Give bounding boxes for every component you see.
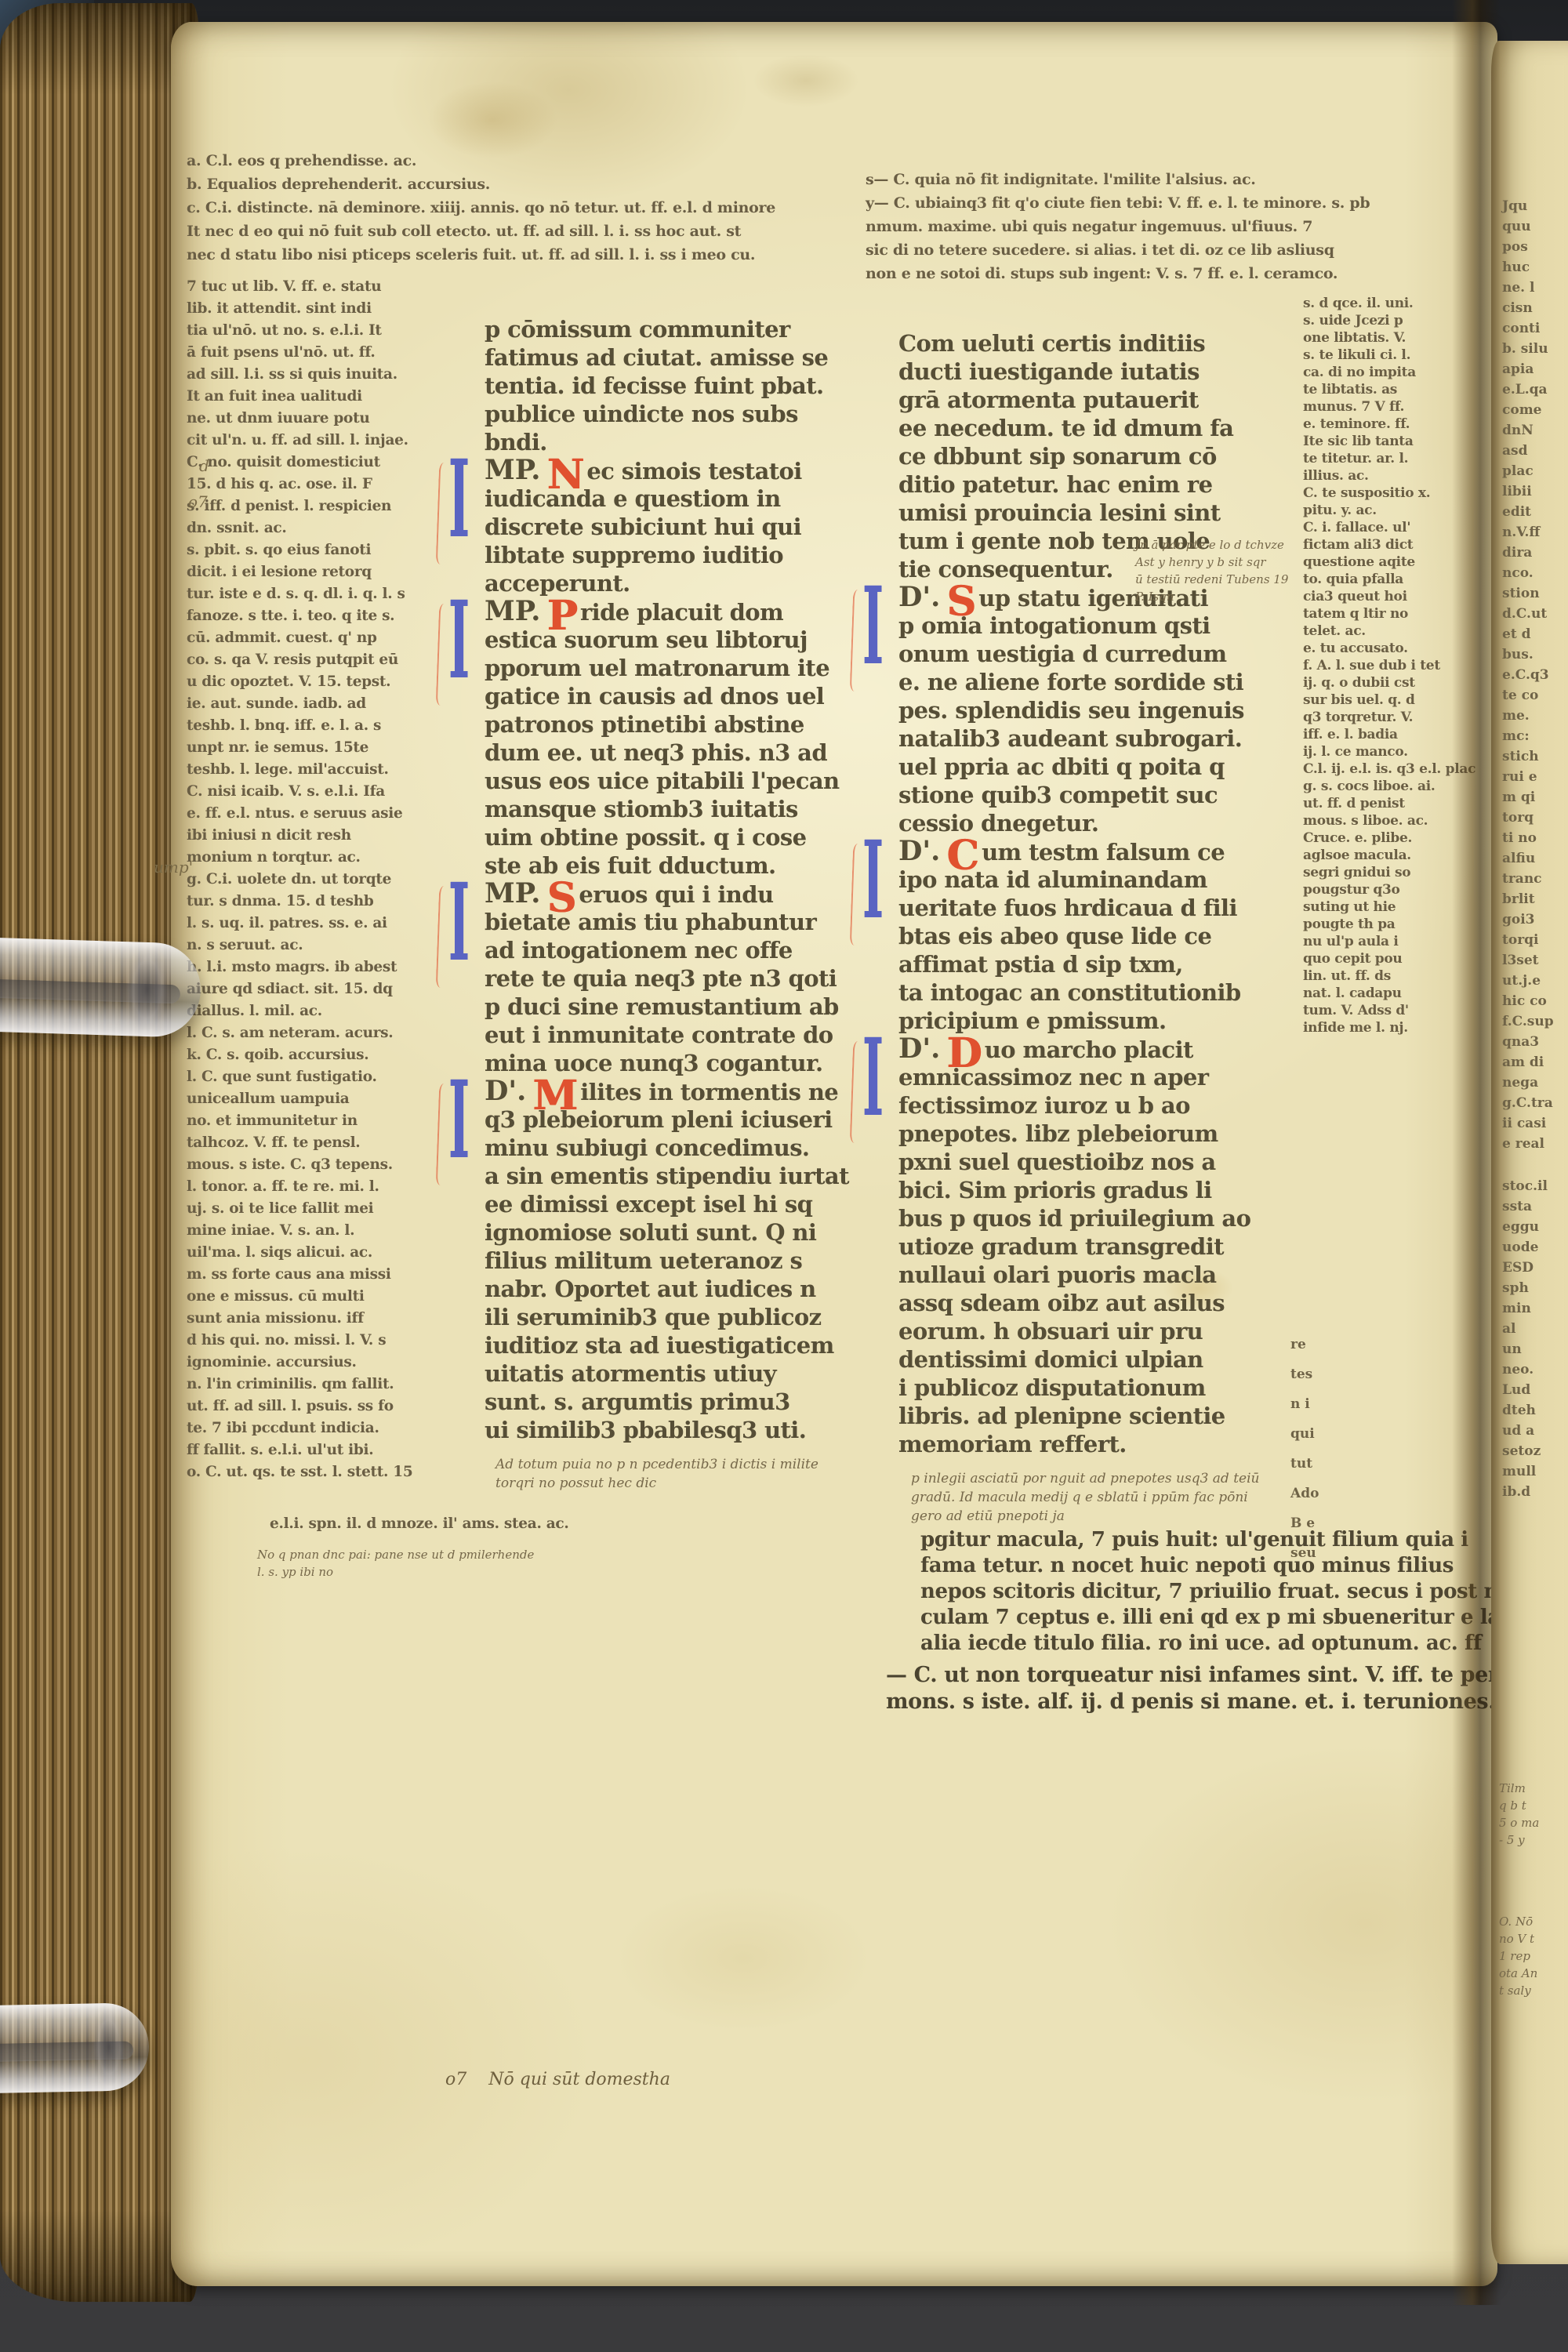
text-line: nec d statu libo nisi pticeps sceleris f…: [187, 243, 782, 267]
text-line: mine iniae. V. s. an. l.: [187, 1220, 478, 1242]
text-line: uode: [1502, 1237, 1568, 1258]
text-line: emnicassimoz nec n aper: [898, 1063, 1322, 1091]
text-line: pnepotes. libz plebeiorum: [898, 1120, 1322, 1148]
column1-cursive-note: Ad totum puia no p n pcedentib3 i dictis…: [495, 1455, 887, 1493]
text-line: pgitur macula, 7 puis huit: ul'genuit fi…: [920, 1527, 1516, 1553]
text-line: suting ut hie: [1303, 898, 1469, 916]
text-line: C.l. ij. e.l. is. q3 e.l. plac: [1303, 760, 1469, 778]
text-line: sunt. s. argumtis primu3: [485, 1388, 877, 1416]
column1-intro: p cōmissum communiterfatimus ad ciutat. …: [485, 315, 877, 456]
blue-initial: I: [862, 583, 884, 671]
text-line: teshb. l. bnq. iff. e. l. a. s: [187, 715, 478, 737]
text-line: nat. l. cadapu: [1303, 985, 1469, 1002]
text-line: mous. s iste. C. q3 tepens.: [187, 1154, 478, 1176]
text-line: publice uindicte nos subs: [485, 400, 877, 428]
text-line: s— C. quia nō fit indignitate. l'milite …: [866, 168, 1430, 191]
text-line: k. C. s. qoib. accursius.: [187, 1044, 478, 1066]
text-line: g. C.i. uolete dn. ut torqte: [187, 869, 478, 891]
text-line: ne. ut dnm iuuare potu: [187, 408, 478, 430]
paragraph-opener: MP.: [485, 454, 540, 486]
text-line: libtate suppremo iuditio: [485, 541, 877, 569]
text-line: ducti iuestigande iutatis: [898, 358, 1322, 386]
text-line: tia ul'nō. ut no. s. e.l.i. It: [187, 320, 478, 342]
text-line: dteh: [1502, 1400, 1568, 1421]
text-line: Ad totum puia no p n pcedentib3 i dictis…: [495, 1455, 887, 1474]
text-line: g.C.tra: [1502, 1093, 1568, 1113]
manuscript-page: a. C.l. eos q prehendisse. ac.b. Equalio…: [171, 22, 1497, 2286]
red-initial: S: [946, 590, 975, 614]
text-line: qui: [1290, 1419, 1353, 1449]
text-line: hic co: [1502, 991, 1568, 1011]
text-line: ee dimissi except isel hi sq: [485, 1190, 877, 1218]
text-line: o. C. ut. qs. te sst. l. stett. 15: [187, 1461, 478, 1483]
red-initial: S: [546, 887, 575, 910]
text-line: conti: [1502, 318, 1568, 339]
manuscript-paragraph: ID'.Milites in tormentis neq3 plebeiorum…: [485, 1077, 877, 1444]
text-line: dnN: [1502, 420, 1568, 441]
gutter-shadow: [1452, 0, 1501, 2305]
text-line: tum. V. Adss d': [1303, 1002, 1469, 1019]
text-line: MP.Pride placuit dom: [485, 597, 877, 626]
glass-rod-weight-top: [0, 938, 202, 1038]
text-line: dira: [1502, 543, 1568, 563]
text-line: te libtatis. as: [1303, 381, 1469, 398]
text-line: n i: [1290, 1389, 1353, 1419]
text-line: ā fuit psens ul'nō. ut. ff.: [187, 342, 478, 364]
text-line: edit: [1502, 502, 1568, 522]
text-line: affimat pstia d sip txm,: [898, 950, 1322, 978]
text-line: p inlegii asciatū por nguit ad pnepotes …: [911, 1469, 1350, 1488]
text-line: te. 7 ibi pccdunt indicia.: [187, 1417, 478, 1439]
blue-initial: I: [448, 597, 470, 685]
text-line: f.C.sup: [1502, 1011, 1568, 1032]
text-line: p cōmissum communiter: [485, 315, 877, 343]
text-line: ii casi: [1502, 1113, 1568, 1134]
text-line: q3 plebeiorum pleni iciuseri: [485, 1105, 877, 1134]
text-line: torqi: [1502, 930, 1568, 950]
text-line: bus p quos id priuilegium ao: [898, 1204, 1322, 1232]
text-line: acceperunt.: [485, 569, 877, 597]
text-line: Jqu: [1502, 196, 1568, 216]
text-line: s. iff. d penist. l. respicien: [187, 495, 478, 517]
text-line: C. te suspositio x.: [1303, 485, 1469, 502]
bottom-left-cursive: No q pnan dnc pai: pane nse ut d pmilerh…: [257, 1546, 618, 1581]
text-line: quo cepit pou: [1303, 950, 1469, 967]
text-line: nega: [1502, 1073, 1568, 1093]
text-line: s. te likuli ci. l.: [1303, 347, 1469, 364]
text-line: y— C. ubiainq3 fit q'o ciute fien tebi: …: [866, 191, 1430, 215]
text-line: nullaui olari puoris macla: [898, 1261, 1322, 1289]
text-line: e. ne aliene forte sordide sti: [898, 668, 1322, 696]
facing-page-cursive-upper: Tilmq b t5 o ma- 5 y: [1499, 1780, 1568, 1849]
text-line: ignomiose soluti sunt. Q ni: [485, 1218, 877, 1247]
text-line: i publicoz disputationum: [898, 1374, 1322, 1402]
text-line: tut: [1290, 1449, 1353, 1479]
text-line: setoz: [1502, 1441, 1568, 1461]
text-line: pxni suel questioibz nos a: [898, 1148, 1322, 1176]
text-line: minu subiugi concedimus.: [485, 1134, 877, 1162]
text-line: patronos ptinetibi abstine: [485, 710, 877, 739]
glass-rod-weight-bottom: [0, 2002, 150, 2093]
text-line: cia3 queut hoi: [1303, 588, 1469, 605]
text-line: t saly: [1499, 1982, 1568, 1999]
bottom-left-gloss-line: e.l.i. spn. il. d mnoze. il' ams. stea. …: [270, 1513, 646, 1535]
text-line: ne. l: [1502, 278, 1568, 298]
text-line: It nec d eo qui nō fuit sub coll etecto.…: [187, 220, 782, 243]
text-line: ce dbbunt sip sonarum cō: [898, 442, 1322, 470]
main-column-1: p cōmissum communiterfatimus ad ciutat. …: [485, 315, 877, 1444]
text-line: cit ul'n. u. ff. ad sill. l. injae.: [187, 430, 478, 452]
text-line: bus.: [1502, 644, 1568, 665]
right-gloss-lower-fragments: retesn iquitutAdoB eseu: [1290, 1330, 1353, 1568]
red-initial: D: [946, 1042, 982, 1065]
text-line: — C. ut non torqueatur nisi infames sint…: [886, 1662, 1513, 1689]
text-line: uim obtine possit. q i cose: [485, 823, 877, 851]
text-line: qna3: [1502, 1032, 1568, 1052]
manuscript-paragraph: IMP.Pride placuit domestica suorum seu l…: [485, 597, 877, 880]
facing-page-fragments-lower: stoc.ilsstaegguuodeESDsphminalunneo.Ludd…: [1502, 1176, 1568, 1502]
column2-cursive-note: p inlegii asciatū por nguit ad pnepotes …: [911, 1469, 1350, 1526]
text-line: 5 o ma: [1499, 1814, 1568, 1831]
text-line: mansque stiomb3 iuitatis: [485, 795, 877, 823]
text-line: ssta: [1502, 1196, 1568, 1217]
margin-mark-o7: o7: [188, 494, 208, 510]
text-line: fictam ali3 dict: [1303, 536, 1469, 554]
text-line: nco.: [1502, 563, 1568, 583]
text-line: cisn: [1502, 298, 1568, 318]
text-line: uj. s. oi te lice fallit mei: [187, 1198, 478, 1220]
text-line: libii: [1502, 481, 1568, 502]
text-line: seu: [1290, 1538, 1353, 1568]
text-line: eggu: [1502, 1217, 1568, 1237]
text-line: n.V.ff: [1502, 522, 1568, 543]
manuscript-paragraph: IMP.Nec simois testatoiiudicanda e quest…: [485, 456, 877, 597]
right-gloss-column: s. d qce. il. uni.s. uide Jcezi pone lib…: [1303, 295, 1469, 1036]
text-line: s. pbit. s. qo eius fanoti: [187, 539, 478, 561]
margin-mark-d: d: [199, 458, 209, 474]
text-line: ad sill. l.i. ss si quis inuita.: [187, 364, 478, 386]
bottom-margin-note: o7Nō qui sūt domestha: [445, 2070, 670, 2090]
text-line: illius. ac.: [1303, 467, 1469, 485]
text-line: s. d qce. il. uni.: [1303, 295, 1469, 312]
text-line: ta intogac an constitutionib: [898, 978, 1322, 1007]
text-line: usus eos uice pitabili l'pecan: [485, 767, 877, 795]
text-line: sur bis uel. q. d: [1303, 691, 1469, 709]
text-line: 1 rep: [1499, 1947, 1568, 1965]
text-line: n. l'in criminilis. qm fallit.: [187, 1374, 478, 1396]
text-line: c. C.i. distincte. nā deminore. xiiij. a…: [187, 196, 782, 220]
text-line: dicit. i ei lesione retorq: [187, 561, 478, 583]
text-line: torqri no possut hec dic: [495, 1474, 887, 1493]
text-line: ij. q. o dubii cst: [1303, 674, 1469, 691]
text-line: MP.Seruos qui i indu: [485, 880, 877, 908]
text-line: aiure qd sdiact. sit. 15. dq: [187, 978, 478, 1000]
text-line: goi3: [1502, 909, 1568, 930]
text-line: 15. d his q. ac. ose. il. F: [187, 474, 478, 495]
text-line: ditio patetur. hac enim re: [898, 470, 1322, 499]
text-line: O. Nō: [1499, 1913, 1568, 1930]
text-line: asd: [1502, 441, 1568, 461]
book-fore-edge: [0, 3, 199, 2302]
blue-initial: I: [448, 880, 470, 967]
red-initial: M: [532, 1084, 577, 1108]
manuscript-paragraph: ID'.Sup statu igenuitatip omia intogatio…: [898, 583, 1322, 837]
text-line: brlit: [1502, 889, 1568, 909]
text-line: torq: [1502, 808, 1568, 828]
text-line: alia iecde titulo filia. ro ini uce. ad …: [920, 1631, 1516, 1657]
text-line: un: [1502, 1339, 1568, 1359]
text-line: natalib3 audeant subrogari.: [898, 724, 1322, 753]
text-line: tentia. id fecisse fuint pbat.: [485, 372, 877, 400]
text-line: p omia intogationum qsti: [898, 612, 1322, 640]
text-line: filius militum ueteranoz s: [485, 1247, 877, 1275]
text-line: co. s. qa V. resis putqpit eū: [187, 649, 478, 671]
wide-bottom-paragraph: pgitur macula, 7 puis huit: ul'genuit fi…: [920, 1527, 1516, 1657]
text-line: q b t: [1499, 1797, 1568, 1814]
red-initial: N: [546, 463, 583, 487]
text-line: d.C.ut: [1502, 604, 1568, 624]
bottom-note-text: Nō qui sūt domestha: [488, 2070, 670, 2089]
text-line: Cruce. e. plibe.: [1303, 829, 1469, 847]
text-line: lin. ut. ff. ds: [1303, 967, 1469, 985]
text-line: teshb. l. lege. mil'accuist.: [187, 759, 478, 781]
text-line: uel ppria ac dbiti q poita q: [898, 753, 1322, 781]
text-line: gero ad etiū pnepoti ja: [911, 1507, 1350, 1526]
text-line: stich: [1502, 746, 1568, 767]
text-line: one e missus. cū multi: [187, 1286, 478, 1308]
manuscript-photo: a. C.l. eos q prehendisse. ac.b. Equalio…: [0, 0, 1568, 2352]
text-line: te co: [1502, 685, 1568, 706]
text-line: l. tonor. a. ff. te re. mi. l.: [187, 1176, 478, 1198]
text-line: Lud: [1502, 1380, 1568, 1400]
text-line: tur. iste e d. s. q. dl. i. q. l. s: [187, 583, 478, 605]
text-line: C. i. fallace. ul': [1303, 519, 1469, 536]
text-line: stion: [1502, 583, 1568, 604]
text-line: memoriam reffert.: [898, 1430, 1322, 1458]
text-line: dn. ssnit. ac.: [187, 517, 478, 539]
text-line: p duci sine remustantium ab: [485, 993, 877, 1021]
text-line: apia: [1502, 359, 1568, 379]
text-line: stione quib3 competit suc: [898, 781, 1322, 809]
top-left-gloss-block: a. C.l. eos q prehendisse. ac.b. Equalio…: [187, 149, 782, 267]
text-line: e.C.q3: [1502, 665, 1568, 685]
manuscript-paragraph: IMP.Seruos qui i indubietate amis tiu ph…: [485, 880, 877, 1077]
text-line: min: [1502, 1298, 1568, 1319]
text-line: gradū. Id macula medij q e sblatū i ppūm…: [911, 1488, 1350, 1507]
left-gloss-column: 7 tuc ut lib. V. ff. e. statulib. it att…: [187, 276, 478, 1483]
text-line: ste ab eis fuit dductum.: [485, 851, 877, 880]
text-line: ee necedum. te id dmum fa: [898, 414, 1322, 442]
red-initial: P: [546, 604, 577, 628]
text-line: e.l.i. spn. il. d mnoze. il' ams. stea. …: [270, 1513, 646, 1535]
bottom-note-marker: o7: [445, 2070, 466, 2089]
parchment-stain: [735, 45, 877, 116]
text-line: l. C. s. am neteram. acurs.: [187, 1022, 478, 1044]
text-line: nmum. maxime. ubi quis negatur ingemuus.…: [866, 215, 1430, 238]
text-line: stoc.il: [1502, 1176, 1568, 1196]
text-line: no V t: [1499, 1930, 1568, 1947]
text-line: plac: [1502, 461, 1568, 481]
text-line: g. s. cocs liboe. ai.: [1303, 778, 1469, 795]
text-line: assq sdeam oibz aut asilus: [898, 1289, 1322, 1317]
blue-initial: I: [448, 456, 470, 544]
facing-page-cursive-lower: O. Nōno V t1 repota Ant saly: [1499, 1913, 1568, 1999]
text-line: l3set: [1502, 950, 1568, 971]
text-line: f. A. l. sue dub i tet: [1303, 657, 1469, 674]
text-line: bici. Sim prioris gradus li: [898, 1176, 1322, 1204]
text-line: dum ee. ut neq3 phis. n3 ad: [485, 739, 877, 767]
text-line: iff. e. l. badia: [1303, 726, 1469, 743]
text-line: ib.d: [1502, 1482, 1568, 1502]
text-line: ueritate fuos hrdicaua d fili: [898, 894, 1322, 922]
text-line: te titetur. ar. l.: [1303, 450, 1469, 467]
text-line: non e ne sotoi di. stups sub ingent: V. …: [866, 262, 1430, 285]
text-line: no. et immunitetur in: [187, 1110, 478, 1132]
text-line: utioze gradum transgredit: [898, 1232, 1322, 1261]
text-line: bietate amis tiu phabuntur: [485, 908, 877, 936]
main-column-2: Com ueluti certis inditiisducti iuestiga…: [898, 329, 1322, 1458]
text-line: ie. aut. sunde. iadb. ad: [187, 693, 478, 715]
text-line: to. quia pfalla: [1303, 571, 1469, 588]
text-line: culam 7 ceptus e. illi eni qd ex p mi sb…: [920, 1605, 1516, 1631]
text-line: e. tu accusato.: [1303, 640, 1469, 657]
text-line: ij. l. ce manco.: [1303, 743, 1469, 760]
text-line: e. teminore. ff.: [1303, 416, 1469, 433]
text-line: iudicanda e questiom in: [485, 485, 877, 513]
text-line: uil'ma. l. siqs alicui. ac.: [187, 1242, 478, 1264]
text-line: C. no. quisit domesticiut: [187, 452, 478, 474]
blue-initial: I: [862, 1035, 884, 1123]
text-line: Com ueluti certis inditiis: [898, 329, 1322, 358]
text-line: Ado: [1290, 1479, 1353, 1508]
text-line: segri gnidui so: [1303, 864, 1469, 881]
text-line: tranc: [1502, 869, 1568, 889]
text-line: a. C.l. eos q prehendisse. ac.: [187, 149, 782, 172]
text-line: b. silu: [1502, 339, 1568, 359]
text-line: btas eis abeo quse lide ce: [898, 922, 1322, 950]
text-line: ESD: [1502, 1258, 1568, 1278]
text-line: eut i inmunitate contrate do: [485, 1021, 877, 1049]
text-line: MP.Nec simois testatoi: [485, 456, 877, 485]
text-line: e real: [1502, 1134, 1568, 1154]
text-line: bndi.: [485, 428, 877, 456]
text-line: pitu. y. ac.: [1303, 502, 1469, 519]
text-line: unpt nr. ie semus. 15te: [187, 737, 478, 759]
text-line: et d: [1502, 624, 1568, 644]
text-line: pos: [1502, 237, 1568, 257]
text-line: pougte th pa: [1303, 916, 1469, 933]
text-line: ipo nata id aluminandam: [898, 866, 1322, 894]
text-line: tatem q ltir no: [1303, 605, 1469, 622]
top-right-gloss-block: s— C. quia nō fit indignitate. l'milite …: [866, 168, 1430, 285]
text-line: ad intogationem nec offe: [485, 936, 877, 964]
text-line: pougstur q3o: [1303, 881, 1469, 898]
text-line: pes. splendidis seu ingenuis: [898, 696, 1322, 724]
text-line: diallus. l. mil. ac.: [187, 1000, 478, 1022]
facing-page-edge: Jququuposhucne. lcisncontib. siluapiae.L…: [1491, 41, 1568, 2264]
text-line: n. s seruut. ac.: [187, 935, 478, 956]
column2-paragraphs: ID'.Sup statu igenuitatip omia intogatio…: [898, 583, 1322, 1458]
margin-mark-ump: ump': [154, 859, 193, 875]
text-line: u dic opoztet. V. 15. tepst.: [187, 671, 478, 693]
text-line: D'.Milites in tormentis ne: [485, 1077, 877, 1105]
text-line: gatice in causis ad dnos uel: [485, 682, 877, 710]
text-line: al: [1502, 1319, 1568, 1339]
text-line: nabr. Oportet aut iudices n: [485, 1275, 877, 1303]
blue-initial: I: [448, 1077, 470, 1165]
text-line: lib. it attendit. sint indi: [187, 298, 478, 320]
text-line: ti no: [1502, 828, 1568, 848]
text-line: No q pnan dnc pai: pane nse ut d pmilerh…: [257, 1546, 618, 1563]
text-line: uniceallum uampuia: [187, 1088, 478, 1110]
red-initial: C: [946, 844, 978, 868]
text-line: me.: [1502, 706, 1568, 726]
text-line: m qi: [1502, 787, 1568, 808]
text-line: 7 tuc ut lib. V. ff. e. statu: [187, 276, 478, 298]
text-line: uitatis atormentis utiuy: [485, 1359, 877, 1388]
text-line: ud a: [1502, 1421, 1568, 1441]
text-line: telet. ac.: [1303, 622, 1469, 640]
text-line: tur. s dnma. 15. d teshb: [187, 891, 478, 913]
text-line: ut.j.e: [1502, 971, 1568, 991]
text-line: mous. s liboe. ac.: [1303, 812, 1469, 829]
text-line: pporum uel matronarum ite: [485, 654, 877, 682]
text-line: h. l.i. msto magrs. ib abest: [187, 956, 478, 978]
text-line: questione aqite: [1303, 554, 1469, 571]
parchment-stain: [579, 1864, 908, 2053]
paragraph-opener: D'.: [898, 581, 940, 613]
text-line: ca. di no impita: [1303, 364, 1469, 381]
text-line: fatimus ad ciutat. amisse se: [485, 343, 877, 372]
text-line: B e: [1290, 1508, 1353, 1538]
text-line: mull: [1502, 1461, 1568, 1482]
text-line: estica suorum seu libtoruj: [485, 626, 877, 654]
text-line: ibi iniusi n dicit resh: [187, 825, 478, 847]
text-line: It an fuit inea ualitudi: [187, 386, 478, 408]
text-line: nepos scitoris dicitur, 7 priuilio fruat…: [920, 1579, 1516, 1605]
text-line: rui e: [1502, 767, 1568, 787]
text-line: monium n torqtur. ac.: [187, 847, 478, 869]
text-line: l. s. uq. il. patres. ss. e. ai: [187, 913, 478, 935]
text-line: infide me l. nj.: [1303, 1019, 1469, 1036]
text-line: d his qui. no. missi. l. V. s: [187, 1330, 478, 1352]
text-line: umisi prouincia lesini sint: [898, 499, 1322, 527]
text-line: nu ul'p aula i: [1303, 933, 1469, 950]
paragraph-opener: MP.: [485, 595, 540, 627]
text-line: b. Equalios deprehenderit. accursius.: [187, 172, 782, 196]
text-line: mons. s iste. alf. ij. d penis si mane. …: [886, 1689, 1513, 1715]
text-line: sunt ania missionu. iff: [187, 1308, 478, 1330]
text-line: dentissimi domici ulpian: [898, 1345, 1322, 1374]
text-line: fanoze. s tte. i. teo. q ite s.: [187, 605, 478, 627]
text-line: ota An: [1499, 1965, 1568, 1982]
text-line: ut. ff. d penist: [1303, 795, 1469, 812]
text-line: - 5 y: [1499, 1831, 1568, 1849]
facing-page-fragments-upper: Jququuposhucne. lcisncontib. siluapiae.L…: [1502, 196, 1568, 1154]
text-line: alfiu: [1502, 848, 1568, 869]
text-line: tes: [1290, 1359, 1353, 1389]
text-line: q3 torqretur. V.: [1303, 709, 1469, 726]
text-line: one libtatis. V.: [1303, 329, 1469, 347]
paragraph-opener: MP.: [485, 877, 540, 909]
text-line: ut. ff. ad sill. l. psuis. ss fo: [187, 1396, 478, 1417]
text-line: sic di no tetere sucedere. si alias. i t…: [866, 238, 1430, 262]
text-line: am di: [1502, 1052, 1568, 1073]
paragraph-opener: D'.: [485, 1075, 526, 1107]
text-line: s. uide Jcezi p: [1303, 312, 1469, 329]
text-line: mc:: [1502, 726, 1568, 746]
manuscript-paragraph: ID'.Cum testm falsum ceipo nata id alumi…: [898, 837, 1322, 1035]
